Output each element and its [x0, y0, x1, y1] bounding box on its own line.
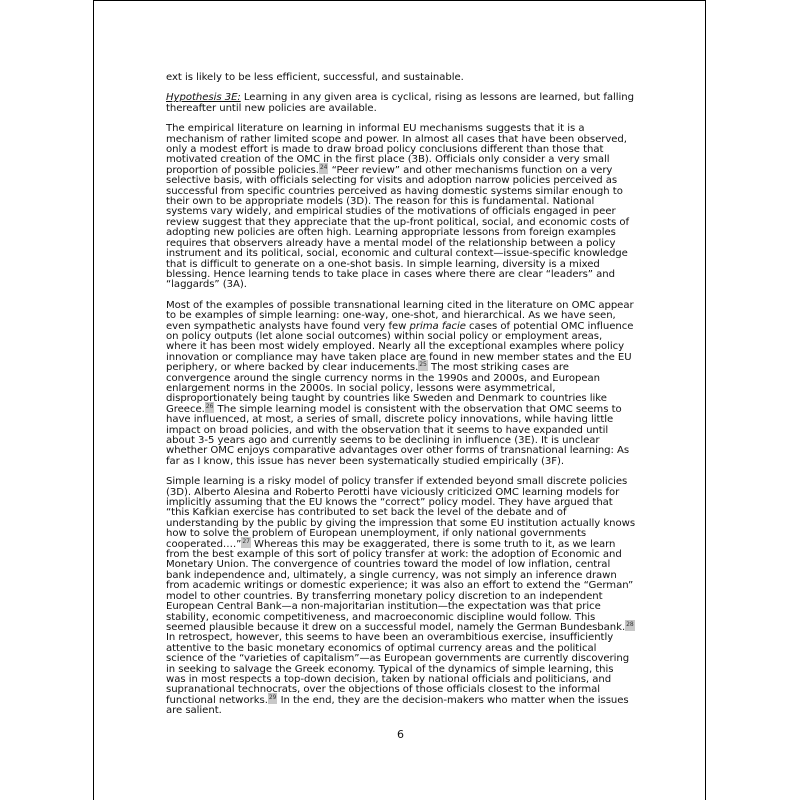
footnote-marker[interactable]: 27 — [241, 537, 251, 548]
footnote-marker[interactable]: 29 — [268, 693, 278, 704]
paragraph-text: Whereas this may be exaggerated, there i… — [166, 539, 633, 633]
hypothesis-label: Hypothesis 3E: — [166, 92, 241, 103]
footnote-marker[interactable]: 28 — [625, 620, 635, 631]
document-page: ext is likely to be less efficient, succ… — [93, 0, 706, 800]
footnote-marker[interactable]: 26 — [205, 402, 215, 413]
paragraph-continuation: ext is likely to be less efficient, succ… — [166, 73, 636, 83]
italic-phrase: prima facie — [410, 321, 466, 332]
paragraph-transnational-learning: Most of the examples of possible transna… — [166, 301, 636, 468]
paragraph-empirical-literature: The empirical literature on learning in … — [166, 124, 636, 291]
paragraph-text: The simple learning model is consistent … — [166, 404, 629, 467]
hypothesis-3e: Hypothesis 3E: Learning in any given are… — [166, 93, 636, 114]
page-number: 6 — [94, 728, 707, 741]
page-body: ext is likely to be less efficient, succ… — [166, 73, 636, 727]
paragraph-text: ext is likely to be less efficient, succ… — [166, 72, 464, 83]
footnote-marker[interactable]: 25 — [418, 360, 428, 371]
footnote-marker[interactable]: 24 — [319, 163, 329, 174]
paragraph-text: “Peer review” and other mechanisms funct… — [166, 165, 629, 290]
paragraph-simple-learning-risk: Simple learning is a risky model of poli… — [166, 477, 636, 716]
